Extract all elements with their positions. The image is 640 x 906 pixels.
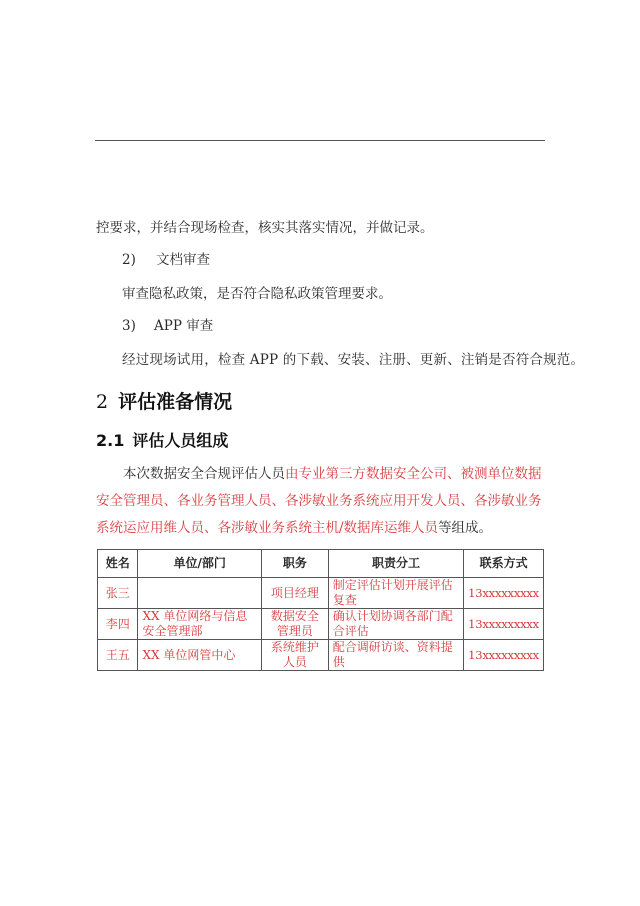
cell-contact: 13xxxxxxxxx — [464, 578, 544, 609]
table-header-row: 姓名 单位/部门 职务 职责分工 联系方式 — [98, 550, 544, 578]
list-number: 2) — [122, 252, 156, 268]
cell-name: 张三 — [98, 578, 138, 609]
list-item-app-review: 3)APP 审查 — [122, 318, 213, 334]
cell-department: XX 单位网管中心 — [138, 640, 261, 671]
section-heading-2-1: 2.1评估人员组成 — [96, 431, 228, 451]
staff-table: 姓名 单位/部门 职务 职责分工 联系方式 张三 项目经理 制定评估计划开展评估… — [97, 549, 544, 671]
header-department: 单位/部门 — [138, 550, 261, 578]
cell-name: 王五 — [98, 640, 138, 671]
cell-name: 李四 — [98, 609, 138, 640]
list-label: 文档审查 — [156, 252, 210, 268]
cell-position: 项目经理 — [261, 578, 328, 609]
para-prefix: 本次数据安全合规评估人员 — [123, 466, 285, 482]
cell-responsibility: 制定评估计划开展评估复查 — [328, 578, 463, 609]
section-heading-2: 2评估准备情况 — [96, 390, 232, 414]
list-item-document-review: 2)文档审查 — [122, 252, 210, 268]
section-title: 评估准备情况 — [118, 391, 232, 413]
cell-contact: 13xxxxxxxxx — [464, 609, 544, 640]
table-row: 李四 XX 单位网络与信息安全管理部 数据安全管理员 确认计划协调各部门配合评估… — [98, 609, 544, 640]
list-label: APP 审查 — [154, 318, 213, 334]
cell-responsibility: 确认计划协调各部门配合评估 — [328, 609, 463, 640]
header-name: 姓名 — [98, 550, 138, 578]
cell-responsibility: 配合调研访谈、资料提供 — [328, 640, 463, 671]
header-contact: 联系方式 — [464, 550, 544, 578]
header-responsibility: 职责分工 — [328, 550, 463, 578]
para-suffix: 等组成。 — [438, 520, 492, 536]
body-text-line: 控要求，并结合现场检查，核实其落实情况，并做记录。 — [96, 220, 434, 236]
body-text-line: 经过现场试用，检查 APP 的下载、安装、注册、更新、注销是否符合规范。 — [122, 352, 584, 368]
section-title: 评估人员组成 — [132, 431, 228, 450]
list-number: 3) — [122, 318, 154, 334]
header-position: 职务 — [261, 550, 328, 578]
cell-position: 系统维护人员 — [261, 640, 328, 671]
header-rule — [95, 140, 545, 141]
table-row: 王五 XX 单位网管中心 系统维护人员 配合调研访谈、资料提供 13xxxxxx… — [98, 640, 544, 671]
section-number: 2.1 — [96, 431, 124, 450]
cell-position: 数据安全管理员 — [261, 609, 328, 640]
table-row: 张三 项目经理 制定评估计划开展评估复查 13xxxxxxxxx — [98, 578, 544, 609]
cell-department — [138, 578, 261, 609]
section-number: 2 — [96, 391, 108, 413]
cell-department: XX 单位网络与信息安全管理部 — [138, 609, 261, 640]
body-text-line: 审查隐私政策，是否符合隐私政策管理要求。 — [122, 286, 392, 302]
cell-contact: 13xxxxxxxxx — [464, 640, 544, 671]
staff-composition-paragraph: 本次数据安全合规评估人员由专业第三方数据安全公司、被测单位数据安全管理员、各业务… — [96, 461, 548, 542]
